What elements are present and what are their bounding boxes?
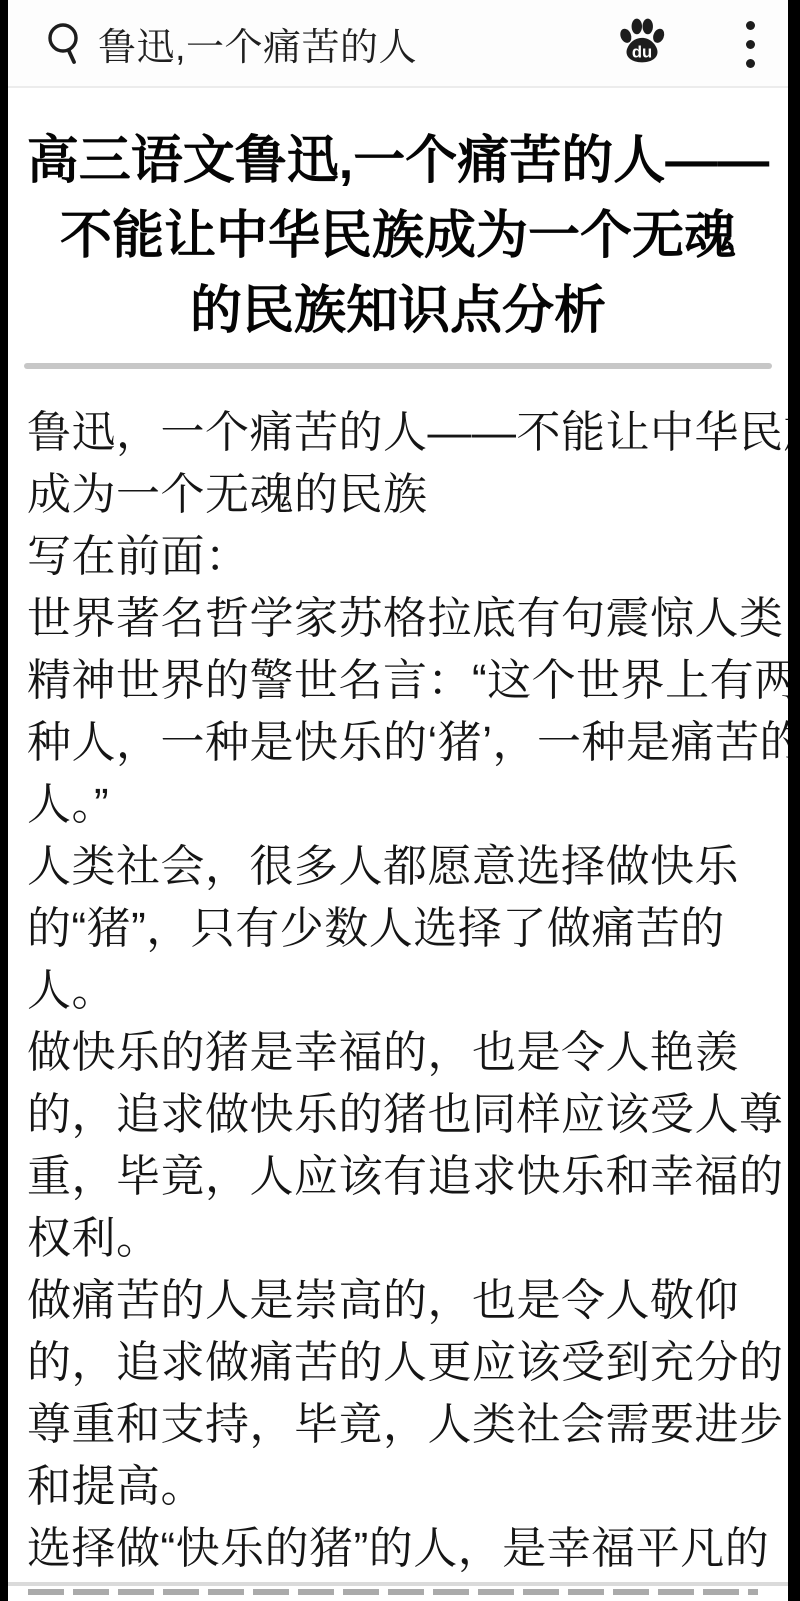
- search-icon: [44, 21, 84, 65]
- svg-text:du: du: [632, 43, 652, 62]
- screen-frame-right-bar: [788, 0, 800, 1601]
- body-text-line: 精神世界的警世名言：“这个世界上有两: [27, 650, 784, 712]
- body-text-line: 和提高。: [27, 1456, 784, 1518]
- body-text-line: 尊重和支持，毕竟，人类社会需要进步: [27, 1394, 784, 1456]
- kebab-dot: [746, 21, 755, 30]
- body-text-line: 的“猪”，只有少数人选择了做痛苦的: [27, 898, 784, 960]
- body-text-line: 成为一个无魂的民族: [27, 464, 784, 526]
- bottom-separator-line: [8, 1582, 788, 1586]
- body-text-line: 鲁迅，一个痛苦的人——不能让中华民族: [27, 402, 784, 464]
- article-body: 鲁迅，一个痛苦的人——不能让中华民族 成为一个无魂的民族 写在前面： 世界著名哲…: [8, 402, 788, 1580]
- article-title-line: 高三语文鲁迅,一个痛苦的人——: [8, 124, 788, 199]
- body-text-line: 写在前面：: [27, 526, 784, 588]
- article-title-line: 不能让中华民族成为一个无魂: [8, 199, 788, 274]
- body-text-line: 世界著名哲学家苏格拉底有句震惊人类: [27, 588, 784, 650]
- body-text-line: 人。”: [27, 774, 784, 836]
- page-content: 鲁迅,一个痛苦的人 du 高三语文鲁迅,一个痛苦的人—— 不能让中华民族成为一个…: [8, 0, 788, 1601]
- baidu-paw-icon[interactable]: du: [617, 16, 667, 66]
- body-text-line: 权利。: [27, 1208, 784, 1270]
- body-text-line: 人类社会，很多人都愿意选择做快乐: [27, 836, 784, 898]
- search-query-text: 鲁迅,一个痛苦的人: [98, 16, 788, 71]
- kebab-dot: [746, 40, 755, 49]
- body-text-line: 做快乐的猪是幸福的，也是令人艳羡: [27, 1022, 784, 1084]
- body-text-line: 种人，一种是快乐的‘猪’，一种是痛苦的: [27, 712, 784, 774]
- cut-off-text-fragments: [28, 1589, 758, 1595]
- body-text-line: 做痛苦的人是崇高的，也是令人敬仰: [27, 1270, 784, 1332]
- overflow-menu-icon[interactable]: [730, 14, 770, 74]
- body-text-line: 重，毕竟，人应该有追求快乐和幸福的: [27, 1146, 784, 1208]
- browser-search-bar[interactable]: 鲁迅,一个痛苦的人 du: [8, 0, 788, 88]
- body-text-line: 选择做“快乐的猪”的人，是幸福平凡的: [27, 1518, 784, 1580]
- body-text-line: 的，追求做快乐的猪也同样应该受人尊: [27, 1084, 784, 1146]
- title-divider: [24, 363, 772, 369]
- article-title-line: 的民族知识点分析: [8, 274, 788, 349]
- body-text-line: 人。: [27, 960, 784, 1022]
- kebab-dot: [746, 59, 755, 68]
- screen-frame-left-bar: [0, 0, 8, 1601]
- article-title: 高三语文鲁迅,一个痛苦的人—— 不能让中华民族成为一个无魂 的民族知识点分析: [8, 88, 788, 349]
- phone-screen: 鲁迅,一个痛苦的人 du 高三语文鲁迅,一个痛苦的人—— 不能让中华民族成为一个…: [0, 0, 800, 1601]
- body-text-line: 的，追求做痛苦的人更应该受到充分的: [27, 1332, 784, 1394]
